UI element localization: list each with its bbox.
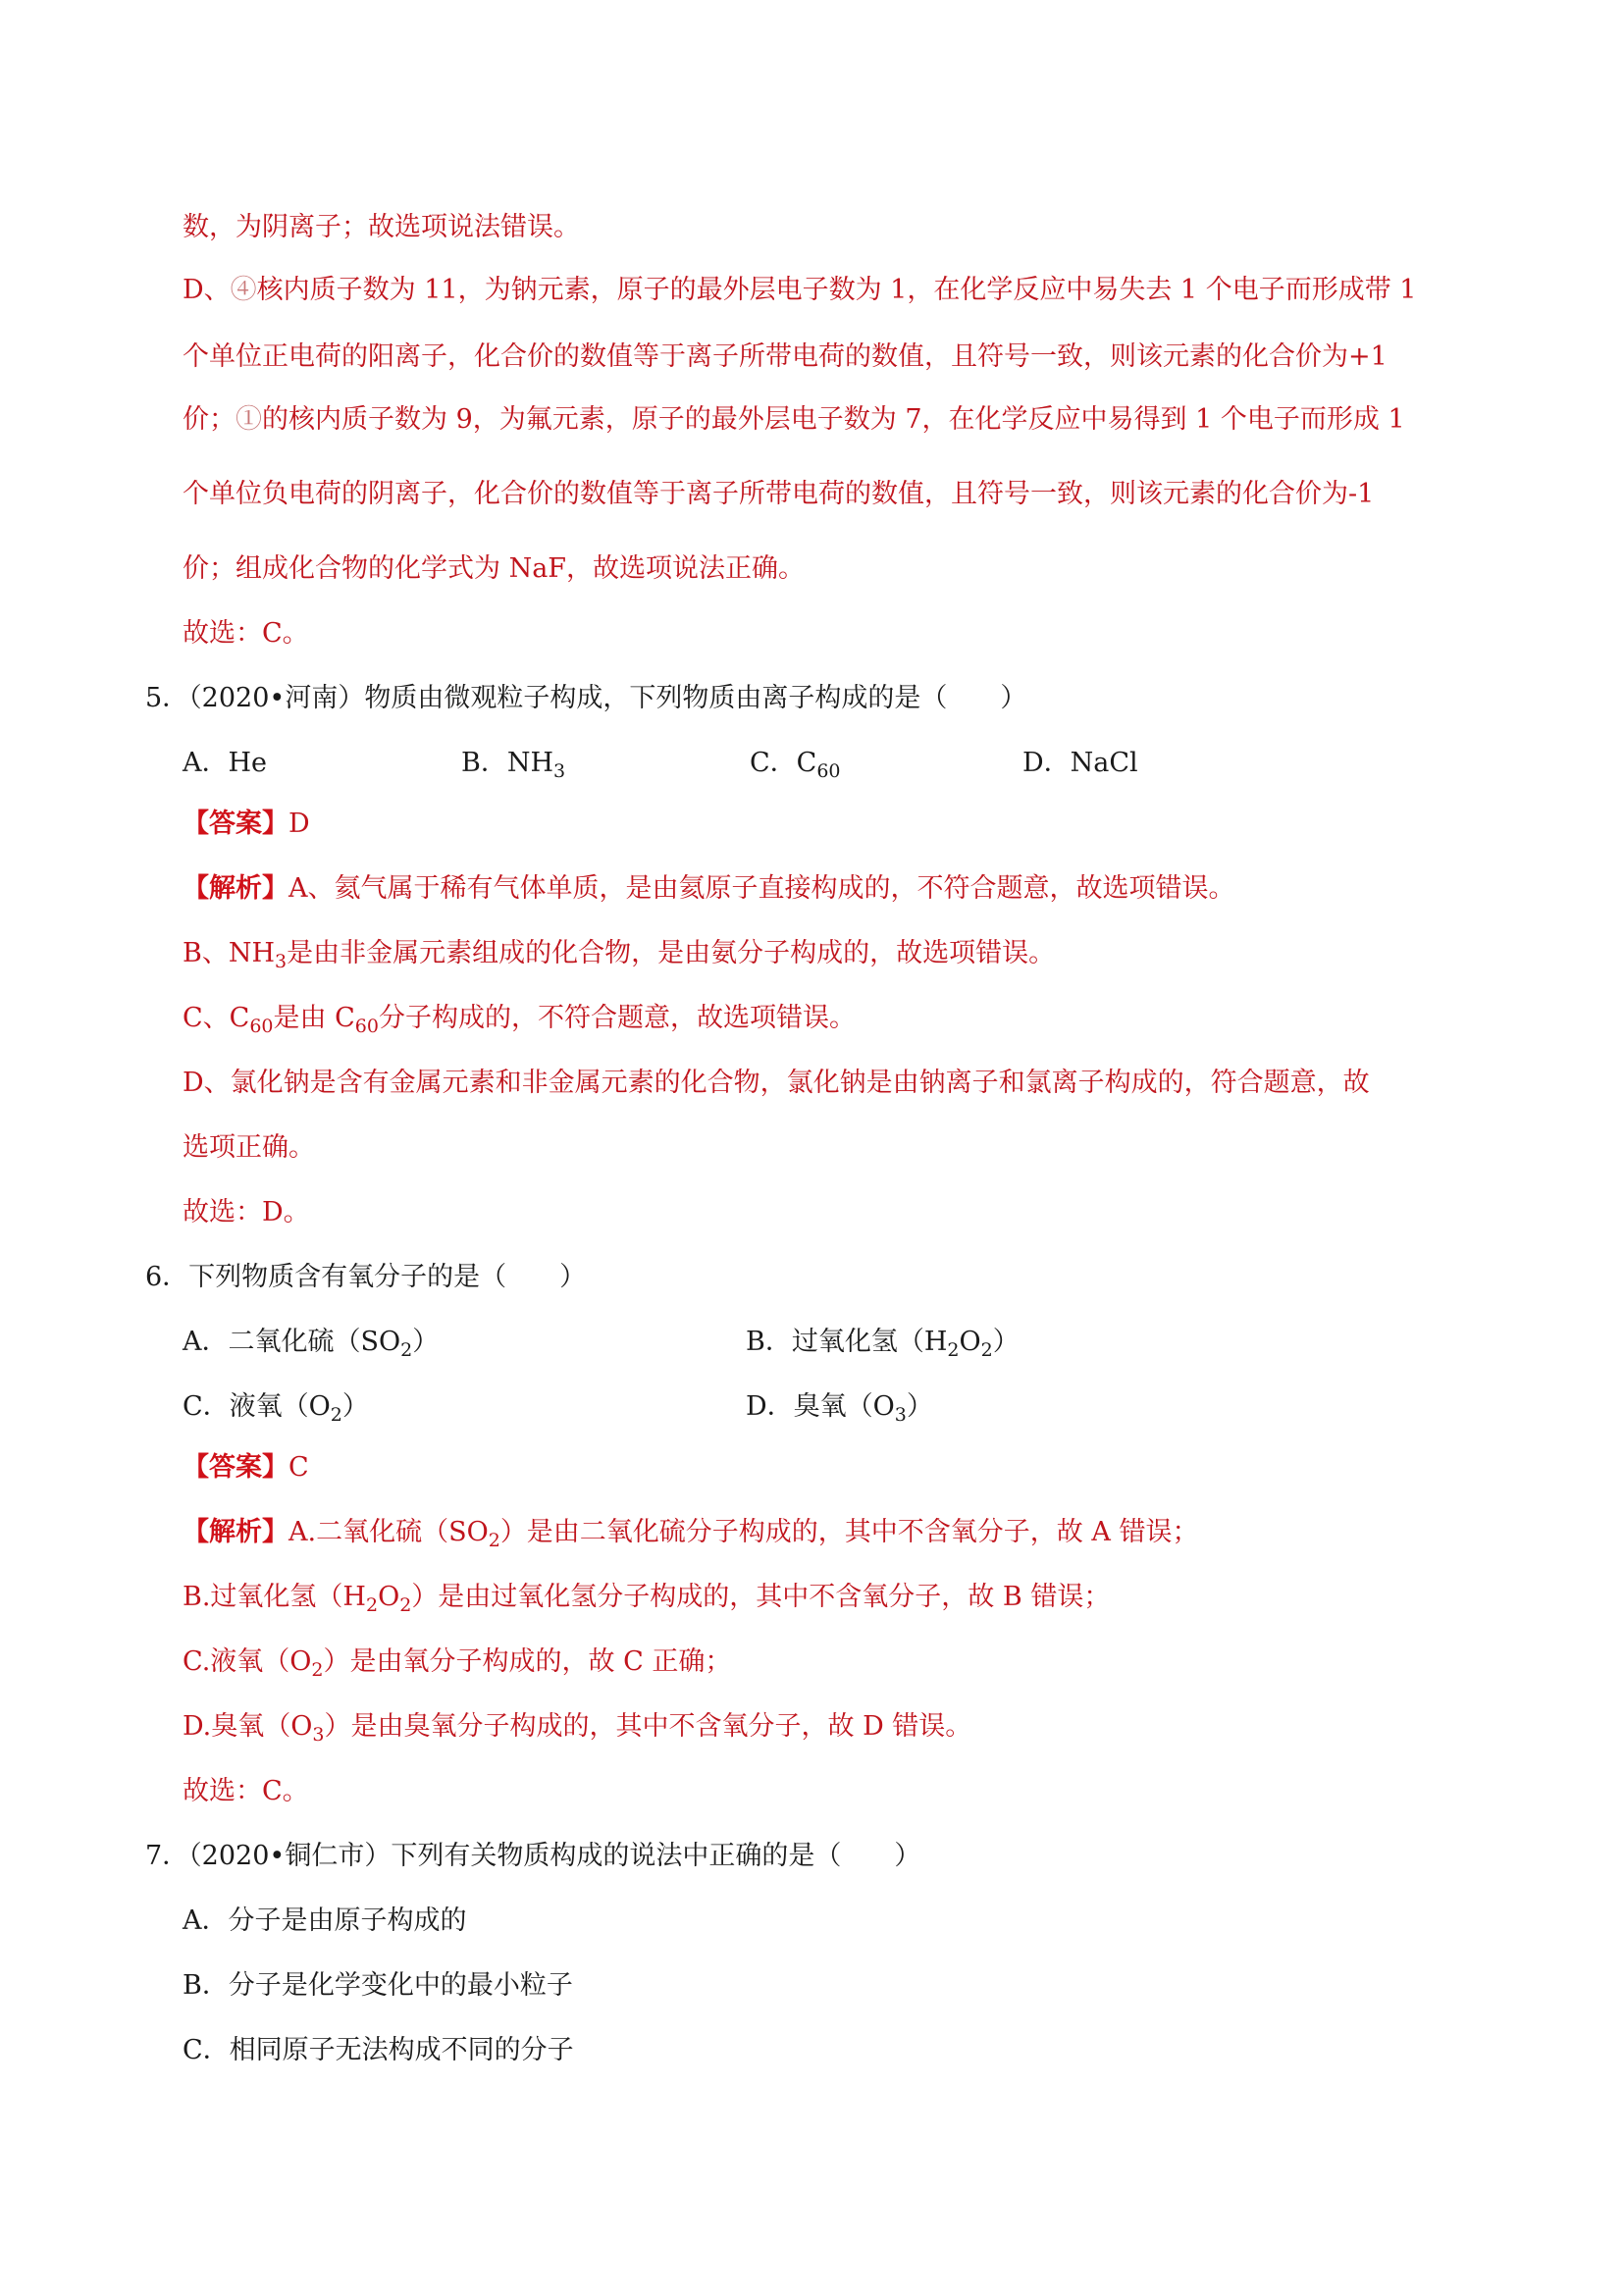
q5-analysis-d2: 选项正确。 — [183, 1130, 315, 1166]
q5-analysis-c: C、C60是由 C60分子构成的，不符合题意，故选项错误。 — [183, 1001, 856, 1036]
option-letter: D、 — [183, 275, 231, 305]
subscript: 3 — [275, 951, 287, 972]
analysis-text: 价； — [183, 404, 236, 435]
analysis-text: O — [378, 1582, 399, 1612]
q6-option-b: B．过氧化氢（H2O2） — [746, 1325, 1020, 1360]
option-text: A．分子是由原子构成的 — [183, 1905, 467, 1936]
choice-text: 故选：C。 — [183, 1776, 309, 1806]
analysis-text: C、C — [183, 1003, 249, 1033]
q6-option-d: D．臭氧（O3） — [746, 1389, 933, 1425]
analysis-text: 个单位负电荷的阴离子，化合价的数值等于离子所带电荷的数值，且符号一致，则该元素的… — [183, 479, 1374, 509]
analysis-tag: 【解析】 — [183, 1517, 288, 1547]
analysis-text: B.过氧化氢（H — [183, 1582, 366, 1612]
prev-analysis-d-line4: 个单位负电荷的阴离子，化合价的数值等于离子所带电荷的数值，且符号一致，则该元素的… — [183, 477, 1374, 512]
answer-tag: 【答案】 — [183, 1452, 288, 1483]
subscript: 2 — [399, 1594, 411, 1616]
analysis-text: 选项正确。 — [183, 1132, 315, 1163]
question-text: 6．下列物质含有氧分子的是（ ） — [145, 1262, 586, 1292]
analysis-text: 个单位正电荷的阳离子，化合价的数值等于离子所带电荷的数值，且符号一致，则该元素的… — [183, 341, 1387, 372]
question-6-stem: 6．下列物质含有氧分子的是（ ） — [145, 1260, 586, 1295]
q6-analysis-a: 【解析】A.二氧化硫（SO2）是由二氧化硫分子构成的，其中不含氧分子，故 A 错… — [183, 1515, 1198, 1550]
q6-option-c: C．液氧（O2） — [183, 1389, 369, 1425]
option-text: B．NH — [461, 748, 553, 778]
analysis-text: ）是由臭氧分子构成的，其中不含氧分子，故 D 错误。 — [325, 1711, 972, 1742]
analysis-tag: 【解析】 — [183, 873, 288, 904]
analysis-text: A、氦气属于稀有气体单质，是由氦原子直接构成的，不符合题意，故选项错误。 — [288, 873, 1235, 904]
option-text: C．液氧（O — [183, 1391, 331, 1422]
analysis-text: 分子构成的，不符合题意，故选项错误。 — [379, 1003, 856, 1033]
subscript: 3 — [312, 1724, 324, 1746]
analysis-text: D、氯化钠是含有金属元素和非金属元素的化合物，氯化钠是由钠离子和氯离子构成的，符… — [183, 1068, 1370, 1098]
analysis-text: 是由 C — [274, 1003, 355, 1033]
analysis-text: 价；组成化合物的化学式为 NaF，故选项说法正确。 — [183, 553, 805, 584]
q6-analysis-b: B.过氧化氢（H2O2）是由过氧化氢分子构成的，其中不含氧分子，故 B 错误； — [183, 1580, 1110, 1615]
option-text: C．相同原子无法构成不同的分子 — [183, 2035, 574, 2065]
option-text: ） — [342, 1391, 369, 1422]
q5-choice: 故选：D。 — [183, 1195, 310, 1230]
circled-number-1: ① — [236, 404, 262, 435]
subscript: 60 — [355, 1016, 379, 1037]
analysis-text: 数，为阴离子；故选项说法错误。 — [183, 212, 580, 242]
q5-analysis-a: 【解析】A、氦气属于稀有气体单质，是由氦原子直接构成的，不符合题意，故选项错误。 — [183, 871, 1235, 907]
subscript: 2 — [331, 1404, 342, 1426]
q5-analysis-d1: D、氯化钠是含有金属元素和非金属元素的化合物，氯化钠是由钠离子和氯离子构成的，符… — [183, 1066, 1370, 1101]
prev-analysis-d-line2: 个单位正电荷的阳离子，化合价的数值等于离子所带电荷的数值，且符号一致，则该元素的… — [183, 339, 1387, 375]
question-text: 5．（2020•河南）物质由微观粒子构成，下列物质由离子构成的是（ ） — [145, 683, 1026, 713]
answer-value: D — [288, 809, 310, 839]
prev-analysis-d-line3: 价；①的核内质子数为 9，为氟元素，原子的最外层电子数为 7，在化学反应中易得到… — [183, 402, 1405, 438]
option-text: D．NaCl — [1022, 748, 1138, 778]
option-text: C．C — [750, 748, 816, 778]
q5-analysis-b: B、NH3是由非金属元素组成的化合物，是由氨分子构成的，故选项错误。 — [183, 936, 1055, 971]
analysis-text: 是由非金属元素组成的化合物，是由氨分子构成的，故选项错误。 — [287, 938, 1055, 968]
subscript: 3 — [895, 1404, 907, 1426]
analysis-text: C.液氧（O — [183, 1646, 311, 1677]
analysis-text: A.二氧化硫（SO — [288, 1517, 489, 1547]
option-text: B．分子是化学变化中的最小粒子 — [183, 1970, 573, 2001]
subscript: 2 — [400, 1339, 412, 1361]
analysis-text: ）是由氧分子构成的，故 C 正确； — [324, 1646, 732, 1677]
analysis-text: ）是由过氧化氢分子构成的，其中不含氧分子，故 B 错误； — [411, 1582, 1110, 1612]
answer-tag: 【答案】 — [183, 809, 288, 839]
question-7-stem: 7．（2020•铜仁市）下列有关物质构成的说法中正确的是（ ） — [145, 1839, 920, 1874]
q5-option-a: A．He — [183, 746, 267, 781]
subscript: 2 — [311, 1659, 323, 1681]
choice-text: 故选：C。 — [183, 618, 309, 649]
option-text: A．He — [183, 748, 267, 778]
analysis-text: D.臭氧（O — [183, 1711, 312, 1742]
prev-analysis-d-line5: 价；组成化合物的化学式为 NaF，故选项说法正确。 — [183, 551, 805, 587]
q5-option-b: B．NH3 — [461, 746, 565, 781]
q6-analysis-d: D.臭氧（O3）是由臭氧分子构成的，其中不含氧分子，故 D 错误。 — [183, 1709, 971, 1745]
q6-answer: 【答案】C — [183, 1450, 309, 1486]
option-text: A．二氧化硫（SO — [183, 1327, 400, 1357]
option-text: ） — [907, 1391, 933, 1422]
option-text: O — [959, 1327, 980, 1357]
subscript: 3 — [553, 760, 565, 782]
analysis-text: 的核内质子数为 9，为氟元素，原子的最外层电子数为 7，在化学反应中易得到 1 … — [262, 404, 1405, 435]
analysis-text: B、NH — [183, 938, 275, 968]
answer-value: C — [288, 1452, 309, 1483]
option-text: B．过氧化氢（H — [746, 1327, 947, 1357]
option-text: D．臭氧（O — [746, 1391, 895, 1422]
subscript: 60 — [249, 1016, 273, 1037]
q7-option-a: A．分子是由原子构成的 — [183, 1904, 467, 1939]
q7-option-c: C．相同原子无法构成不同的分子 — [183, 2033, 574, 2068]
choice-text: 故选：D。 — [183, 1197, 310, 1227]
question-5-stem: 5．（2020•河南）物质由微观粒子构成，下列物质由离子构成的是（ ） — [145, 681, 1026, 716]
q5-option-d: D．NaCl — [1022, 746, 1138, 781]
subscript: 2 — [947, 1339, 959, 1361]
prev-choice: 故选：C。 — [183, 616, 309, 652]
subscript: 2 — [489, 1530, 500, 1551]
option-text: ） — [412, 1327, 439, 1357]
q7-option-b: B．分子是化学变化中的最小粒子 — [183, 1968, 573, 2004]
subscript: 2 — [366, 1594, 378, 1616]
prev-analysis-line: 数，为阴离子；故选项说法错误。 — [183, 210, 580, 245]
analysis-text: 核内质子数为 11，为钠元素，原子的最外层电子数为 1，在化学反应中易失去 1 … — [257, 275, 1417, 305]
circled-number-4: ④ — [231, 275, 257, 305]
q6-analysis-c: C.液氧（O2）是由氧分子构成的，故 C 正确； — [183, 1644, 731, 1680]
question-text: 7．（2020•铜仁市）下列有关物质构成的说法中正确的是（ ） — [145, 1841, 920, 1871]
q5-answer: 【答案】D — [183, 807, 310, 842]
prev-analysis-d-line1: D、④核内质子数为 11，为钠元素，原子的最外层电子数为 1，在化学反应中易失去… — [183, 273, 1416, 308]
option-text: ） — [993, 1327, 1020, 1357]
document-page: 数，为阴离子；故选项说法错误。 D、④核内质子数为 11，为钠元素，原子的最外层… — [0, 0, 1623, 2296]
analysis-text: ）是由二氧化硫分子构成的，其中不含氧分子，故 A 错误； — [500, 1517, 1199, 1547]
subscript: 2 — [981, 1339, 993, 1361]
q6-option-a: A．二氧化硫（SO2） — [183, 1325, 439, 1360]
q6-choice: 故选：C。 — [183, 1774, 309, 1809]
subscript: 60 — [816, 760, 840, 782]
q5-option-c: C．C60 — [750, 746, 841, 781]
